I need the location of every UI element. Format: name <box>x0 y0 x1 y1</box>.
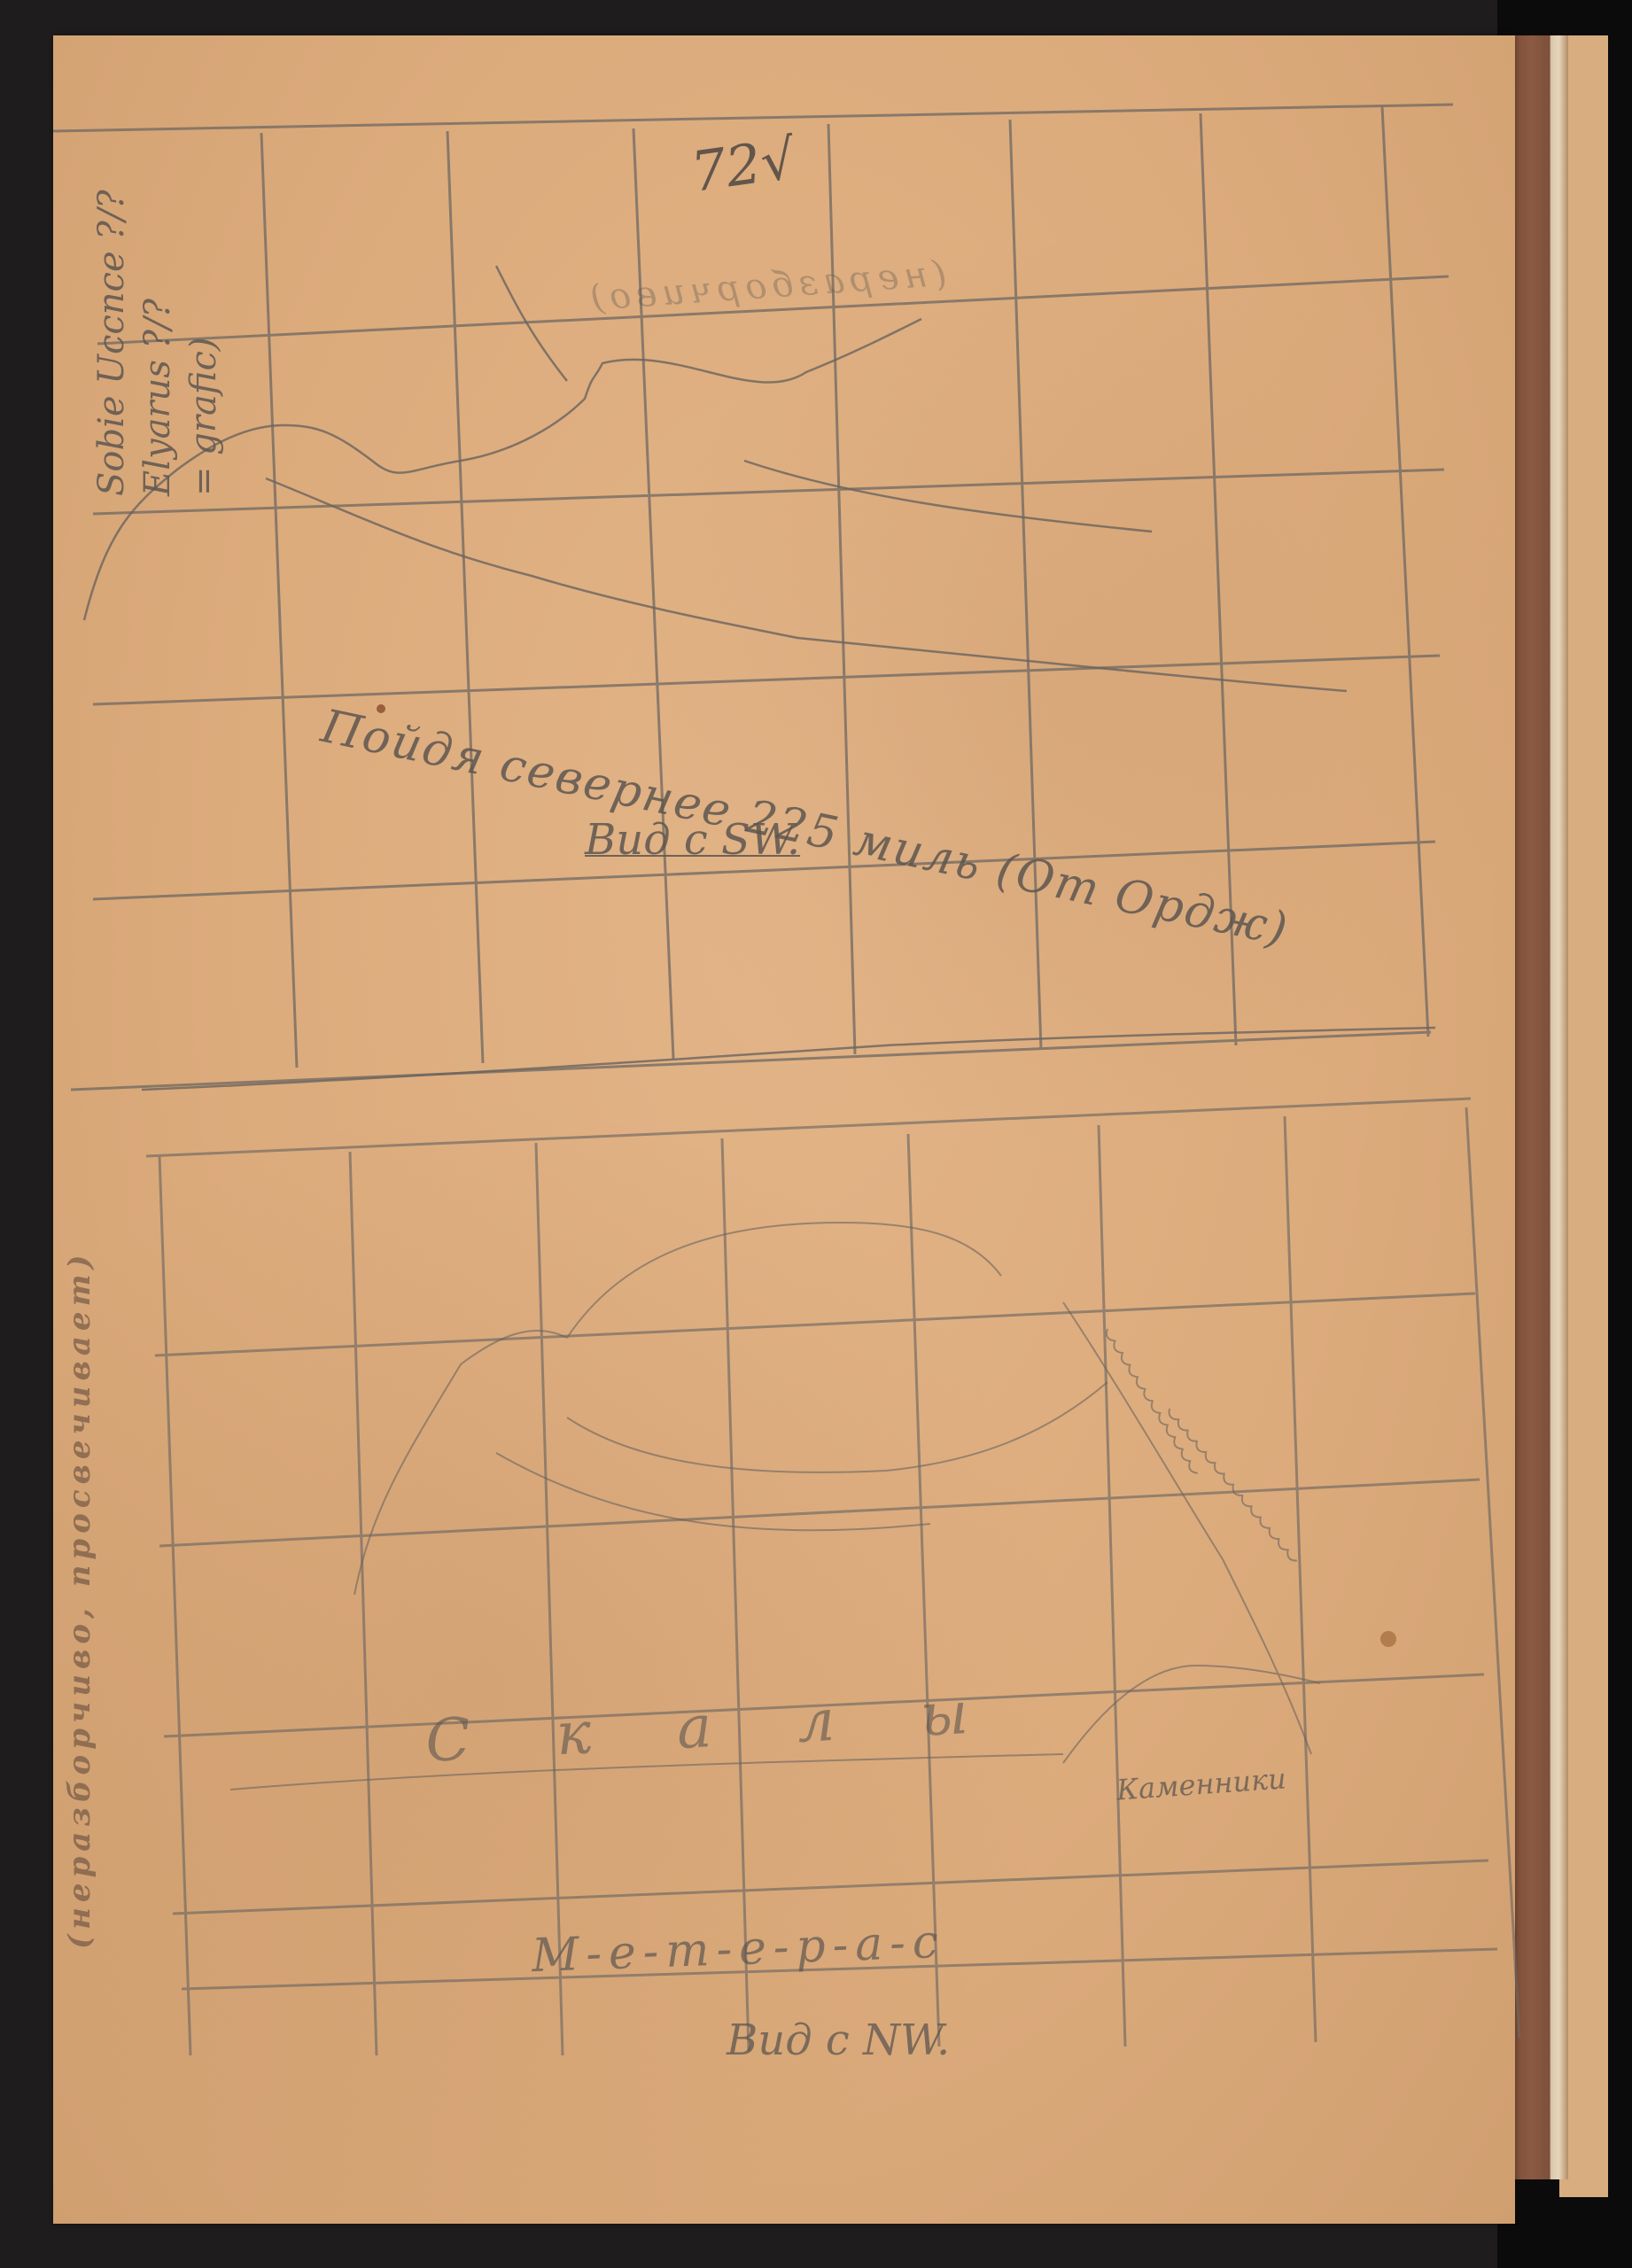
margin-note: (неразборчиво, просвечивает) <box>62 1249 97 1949</box>
view-from-sw-label: Вид с SW. <box>585 815 800 865</box>
lower-grid <box>146 1099 1519 2055</box>
stain-dot <box>1380 1631 1396 1647</box>
view-from-nw-label: Вид с NW. <box>727 2016 950 2065</box>
vertical-note: Sobie Uccnce ?/? Elyarus ?/? = grafic) <box>89 190 227 496</box>
